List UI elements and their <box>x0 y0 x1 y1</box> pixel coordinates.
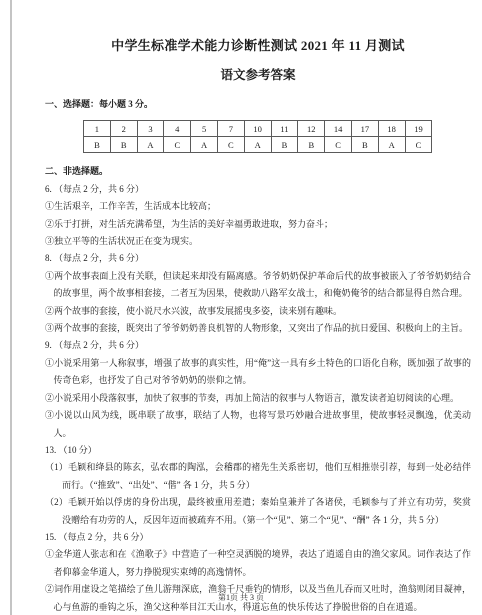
document-content: 中学生标准学术能力诊断性测试 2021 年 11 月测试 语文参考答案 一、选择… <box>45 0 471 615</box>
document-title: 中学生标准学术能力诊断性测试 2021 年 11 月测试 <box>45 0 471 54</box>
answer-letter-cell: C <box>164 137 191 153</box>
answer-letter-cell: A <box>137 137 164 153</box>
answer-letter-cell: C <box>325 137 352 153</box>
answer-line: （2）毛颖开始以俘虏的身份出现，最终被重用差遣；秦始皇兼并了各诸侯，毛颖参与了并… <box>45 494 471 529</box>
question-number-cell: 1 <box>84 121 111 137</box>
question-number-cell: 14 <box>325 121 352 137</box>
answer-letter-cell: C <box>405 137 432 153</box>
answer-letter-cell: C <box>217 137 244 153</box>
answer-sheet-page: 中学生标准学术能力诊断性测试 2021 年 11 月测试 语文参考答案 一、选择… <box>0 0 482 615</box>
answer-line: ②小说采用小段落叙事，加快了叙事的节奏，再加上简洁的叙事与人物语言，激发读者迫切… <box>45 390 471 407</box>
answer-letter-cell: B <box>84 137 111 153</box>
answer-item-q8: 8. （每点 2 分，共 6 分）①两个故事表面上没有关联，但读起来却没有隔离感… <box>45 250 471 337</box>
scan-edge-line <box>10 0 12 615</box>
question-number-row: 12345710111214171819 <box>84 121 432 137</box>
question-number-cell: 10 <box>244 121 271 137</box>
answer-item-heading: 6. （每点 2 分，共 6 分） <box>45 181 471 198</box>
answer-letter-cell: B <box>271 137 298 153</box>
answer-line: ①生活艰辛，工作辛苦，生活成本比较高； <box>45 198 471 215</box>
answer-item-heading: 13. （10 分） <box>45 442 471 459</box>
question-number-cell: 5 <box>191 121 218 137</box>
question-number-cell: 17 <box>351 121 378 137</box>
answer-line: ②两个故事的套接，使小说尺水兴波，故事发展摇曳多姿，读来别有趣味。 <box>45 303 471 320</box>
answer-line: ①两个故事表面上没有关联，但读起来却没有隔离感。爷爷奶奶保护革命后代的故事被嵌入… <box>45 268 471 303</box>
answer-line: （1）毛颖和绛县的陈玄，弘农郡的陶泓，会稽郡的褚先生关系密切，他们互相推崇引荐，… <box>45 459 471 494</box>
answer-letter-cell: A <box>378 137 405 153</box>
section-choice-heading: 一、选择题：每小题 3 分。 <box>45 83 471 113</box>
answer-item-q13: 13. （10 分）（1）毛颖和绛县的陈玄，弘农郡的陶泓，会稽郡的褚先生关系密切… <box>45 442 471 529</box>
answer-letter-cell: B <box>110 137 137 153</box>
answer-line: ①金华道人张志和在《渔歌子》中营造了一种空灵洒脱的境界，表达了逍遥自由的渔父家风… <box>45 546 471 581</box>
answer-letter-row: BBACACABBCBAC <box>84 137 432 153</box>
answer-letter-cell: B <box>351 137 378 153</box>
question-number-cell: 7 <box>217 121 244 137</box>
answer-line: ①小说采用第一人称叙事，增强了故事的真实性，用“俺”这一具有乡土特色的口语化自称… <box>45 355 471 390</box>
question-number-cell: 18 <box>378 121 405 137</box>
answer-line: ③小说以山风为线，既串联了故事，联结了人物，也将写景巧妙融合进故事里，使故事轻灵… <box>45 407 471 442</box>
answer-line: ③两个故事的套接，既突出了爷爷奶奶善良机智的人物形象，又突出了作品的抗日爱国、积… <box>45 320 471 337</box>
question-number-cell: 2 <box>110 121 137 137</box>
answer-letter-cell: A <box>244 137 271 153</box>
section-free-heading: 二、非选择题。 <box>45 161 471 180</box>
answer-item-heading: 15. （每点 2 分，共 6 分） <box>45 529 471 546</box>
answer-item-heading: 9. （每点 2 分，共 6 分） <box>45 337 471 354</box>
answer-items-list: 6. （每点 2 分，共 6 分）①生活艰辛，工作辛苦，生活成本比较高；②乐于打… <box>45 181 471 615</box>
answer-line: ③独立平等的生活状况正在变为现实。 <box>45 233 471 250</box>
question-number-cell: 19 <box>405 121 432 137</box>
answer-item-q6: 6. （每点 2 分，共 6 分）①生活艰辛，工作辛苦，生活成本比较高；②乐于打… <box>45 181 471 251</box>
document-subtitle: 语文参考答案 <box>45 54 471 83</box>
question-number-cell: 11 <box>271 121 298 137</box>
answer-key-table-body: 12345710111214171819 BBACACABBCBAC <box>84 121 432 153</box>
answer-item-heading: 8. （每点 2 分，共 6 分） <box>45 250 471 267</box>
answer-letter-cell: A <box>191 137 218 153</box>
question-number-cell: 3 <box>137 121 164 137</box>
answer-letter-cell: B <box>298 137 325 153</box>
page-footer: 第1页 共 3 页 <box>0 592 482 603</box>
question-number-cell: 4 <box>164 121 191 137</box>
answer-item-q9: 9. （每点 2 分，共 6 分）①小说采用第一人称叙事，增强了故事的真实性，用… <box>45 337 471 441</box>
answer-key-table: 12345710111214171819 BBACACABBCBAC <box>83 120 432 153</box>
question-number-cell: 12 <box>298 121 325 137</box>
answer-line: ②乐于打拼，对生活充满希望，为生活的美好幸福勇敢进取，努力奋斗； <box>45 216 471 233</box>
